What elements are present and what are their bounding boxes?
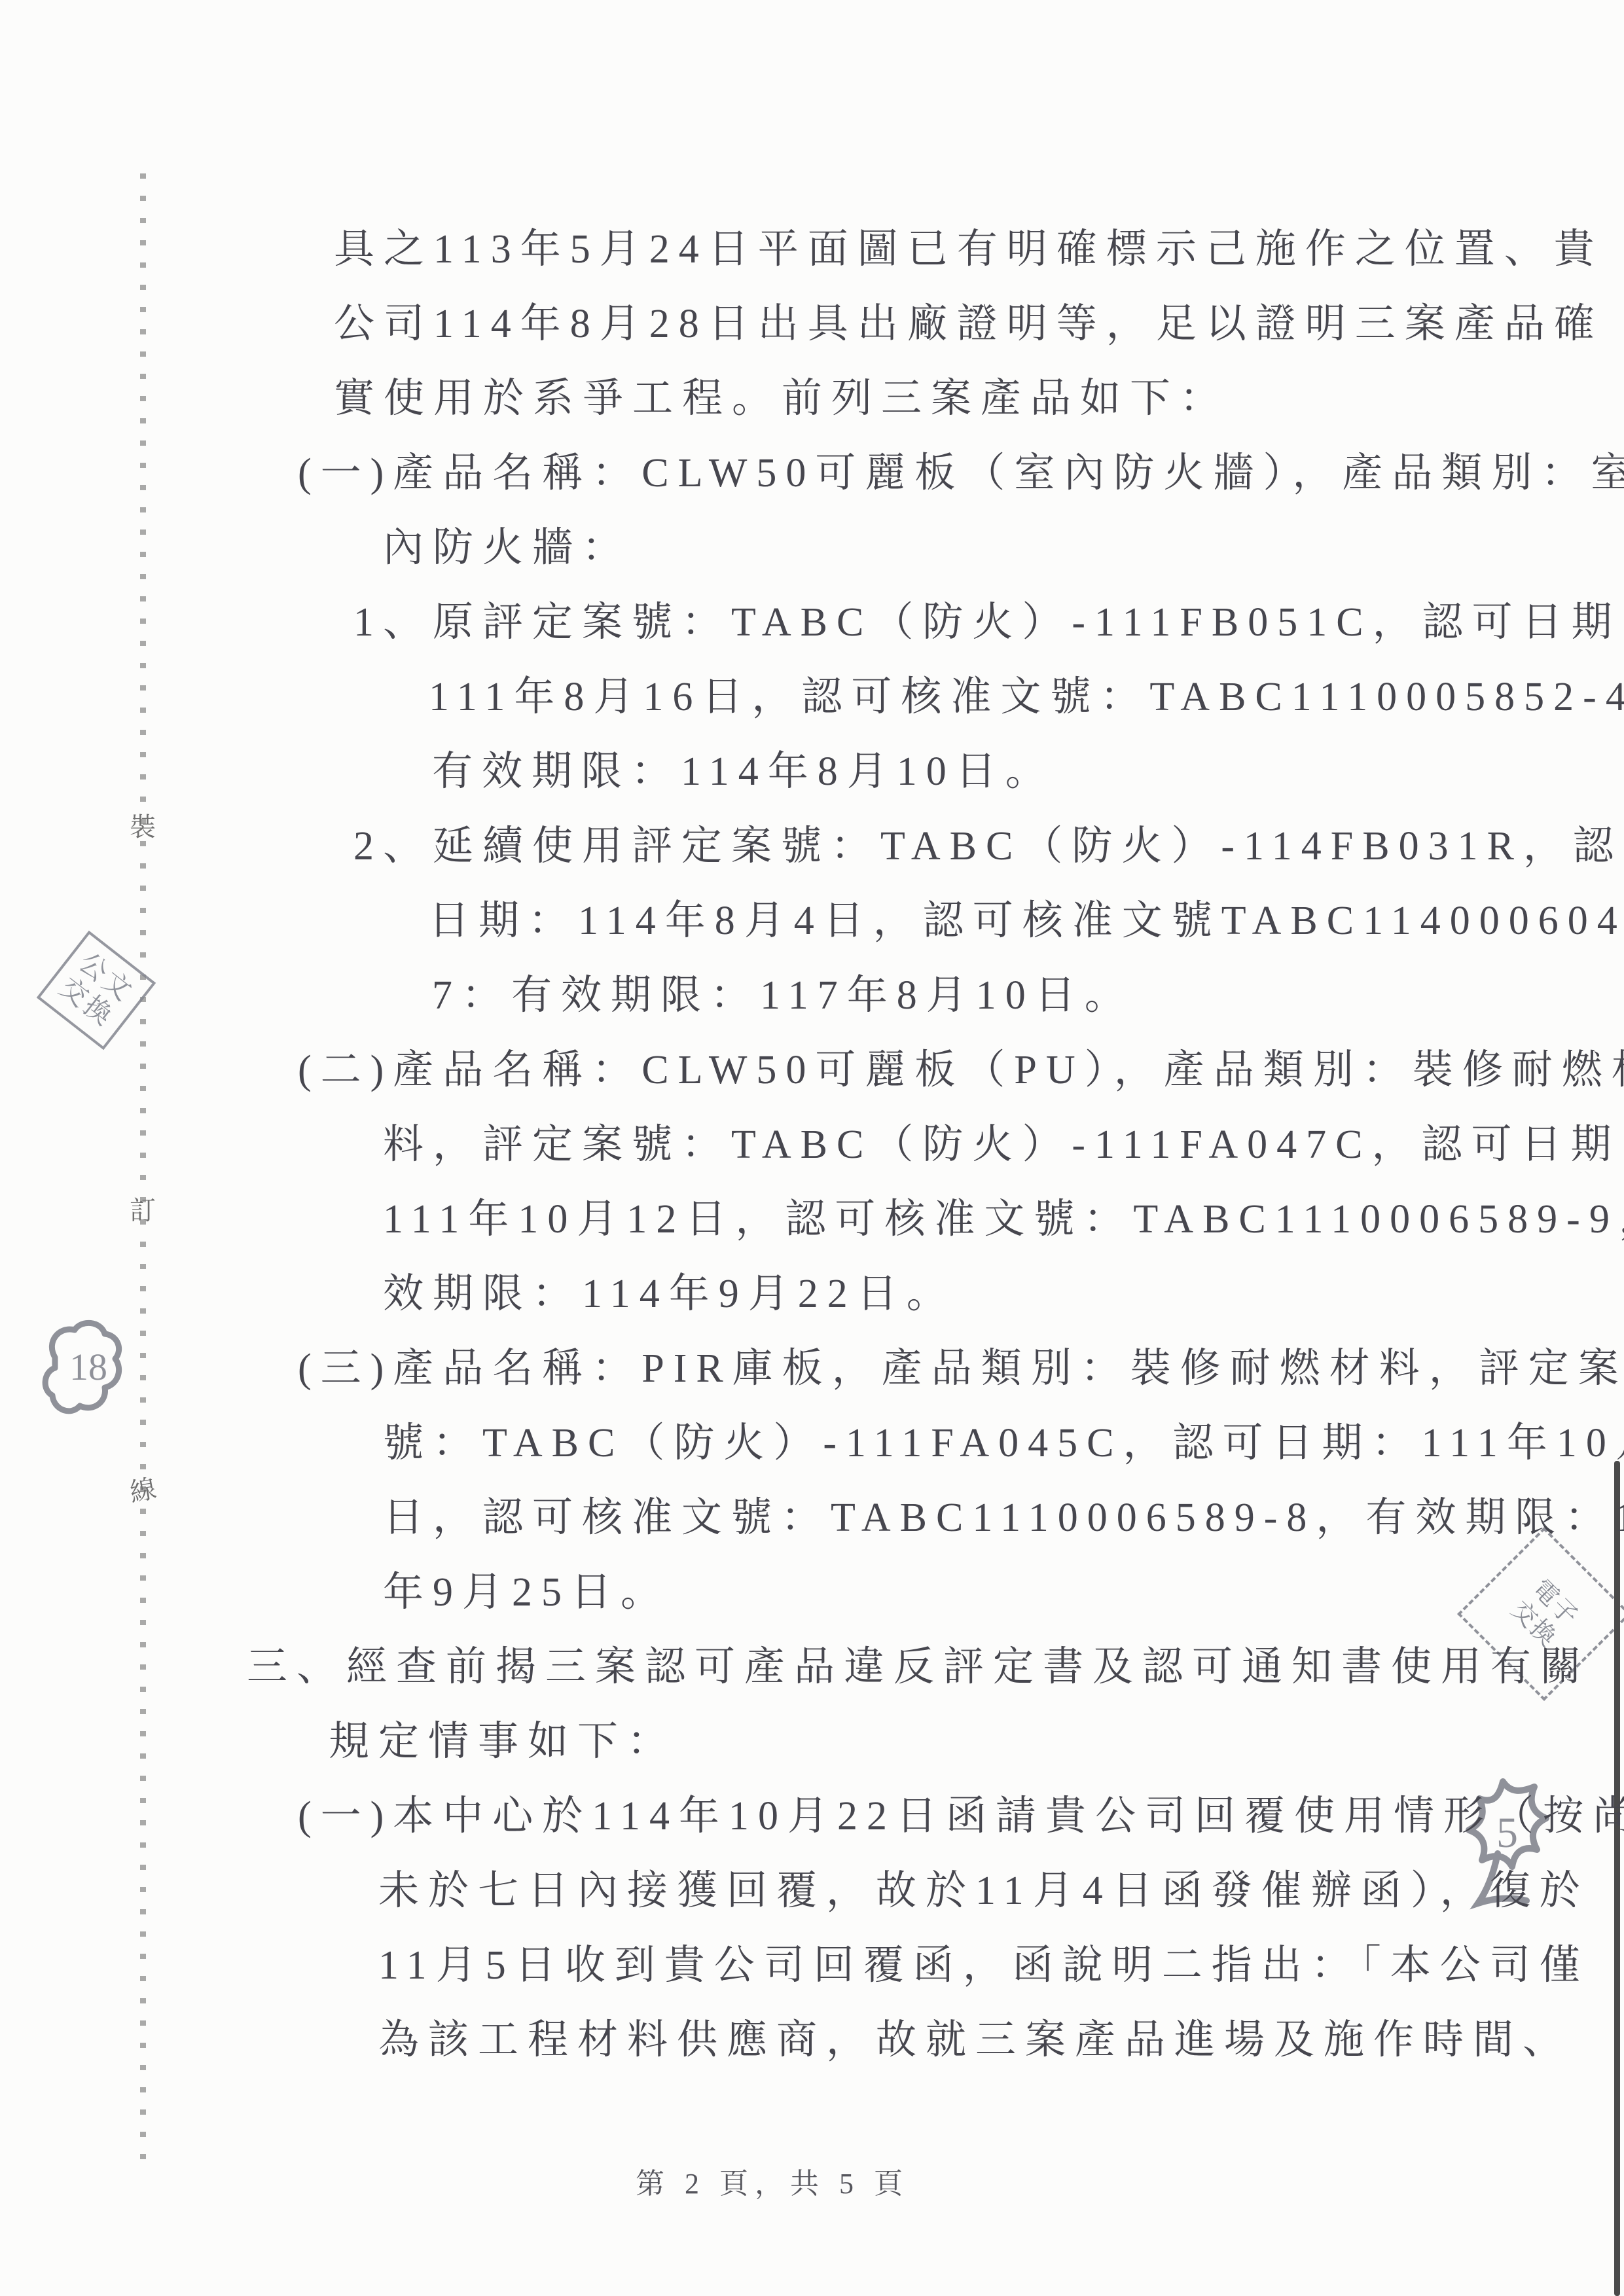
scan-edge-artifact — [1614, 1461, 1620, 2296]
text-line: 具之113年5月24日平面圖已有明確標示己施作之位置、貴 — [334, 229, 1604, 270]
binding-dotted-line — [140, 173, 146, 2160]
binding-label-ding: 訂 — [130, 1190, 156, 1227]
text-line: 日期：114年8月4日，認可核准文號TABC1140006049- — [429, 901, 1624, 941]
electronic-exchange-stamp-text: 電子 交換 — [1504, 1574, 1583, 1653]
text-line: 三、經查前揭三案認可產品違反評定書及認可通知書使用有關 — [247, 1647, 1590, 1687]
text-line: 11月5日收到貴公司回覆函，函說明二指出：「本公司僅 — [378, 1945, 1589, 1986]
text-line: 111年10月12日，認可核准文號：TABC1110006589-9，有 — [383, 1199, 1624, 1240]
text-line: 年9月25日。 — [383, 1572, 670, 1613]
text-line: 規定情事如下： — [329, 1721, 677, 1762]
text-line: 1、原評定案號：TABC（防火）-111FB051C，認可日期： — [353, 602, 1624, 643]
text-line: 7：有效期限：117年8月10日。 — [432, 975, 1134, 1016]
number-18-stamp-icon: 18 — [41, 1317, 126, 1425]
binding-label-xian: 線 — [126, 1468, 158, 1509]
binding-label-zhuang: 裝 — [130, 806, 156, 844]
text-line: 號：TABC（防火）-111FA045C，認可日期：111年10月12 — [383, 1423, 1624, 1463]
text-line: (一)產品名稱：CLW50可麗板（室內防火牆），產品類別：室 — [298, 453, 1624, 493]
text-line: 有效期限：114年8月10日。 — [432, 751, 1055, 792]
text-line: 為該工程材料供應商，故就三案產品進場及施作時間、 — [378, 2020, 1572, 2060]
text-line: (一)本中心於114年10月22日函請貴公司回覆使用情形（按尚 — [298, 1796, 1624, 1837]
text-line: 效期限：114年9月22日。 — [383, 1274, 956, 1314]
exchange-stamp-icon: 公文 交換 — [37, 931, 156, 1050]
page-number-footer: 第 2 頁，共 5 頁 — [0, 2160, 1545, 2202]
document-page: 裝 訂 線 公文 交換 18 電子 交換 5 具之113年5月24日平面圖已有明… — [0, 0, 1624, 2296]
text-line: 公司114年8月28日出具出廠證明等，足以證明三案產品確 — [334, 304, 1604, 344]
text-line: 111年8月16日，認可核准文號：TABC1110005852-4， — [429, 677, 1624, 717]
text-line: 料，評定案號：TABC（防火）-111FA047C，認可日期： — [383, 1124, 1624, 1165]
text-line: 2、延續使用評定案號：TABC（防火）-114FB031R，認可 — [353, 826, 1624, 867]
number-18-stamp-value: 18 — [69, 1346, 107, 1388]
exchange-stamp-text: 公文 交換 — [53, 947, 139, 1034]
text-line: 日，認可核准文號：TABC1110006589-8，有效期限：114 — [383, 1498, 1624, 1538]
text-line: 未於七日內接獲回覆，故於11月4日函發催辦函），復於 — [378, 1871, 1589, 1911]
text-line: 實使用於系爭工程。前列三案產品如下： — [334, 378, 1229, 419]
text-line: (三)產品名稱：PIR庫板，產品類別：裝修耐燃材料，評定案 — [298, 1348, 1624, 1389]
text-line: (二)產品名稱：CLW50可麗板（PU），產品類別：裝修耐燃材 — [298, 1050, 1624, 1090]
text-line: 內防火牆： — [383, 528, 632, 568]
